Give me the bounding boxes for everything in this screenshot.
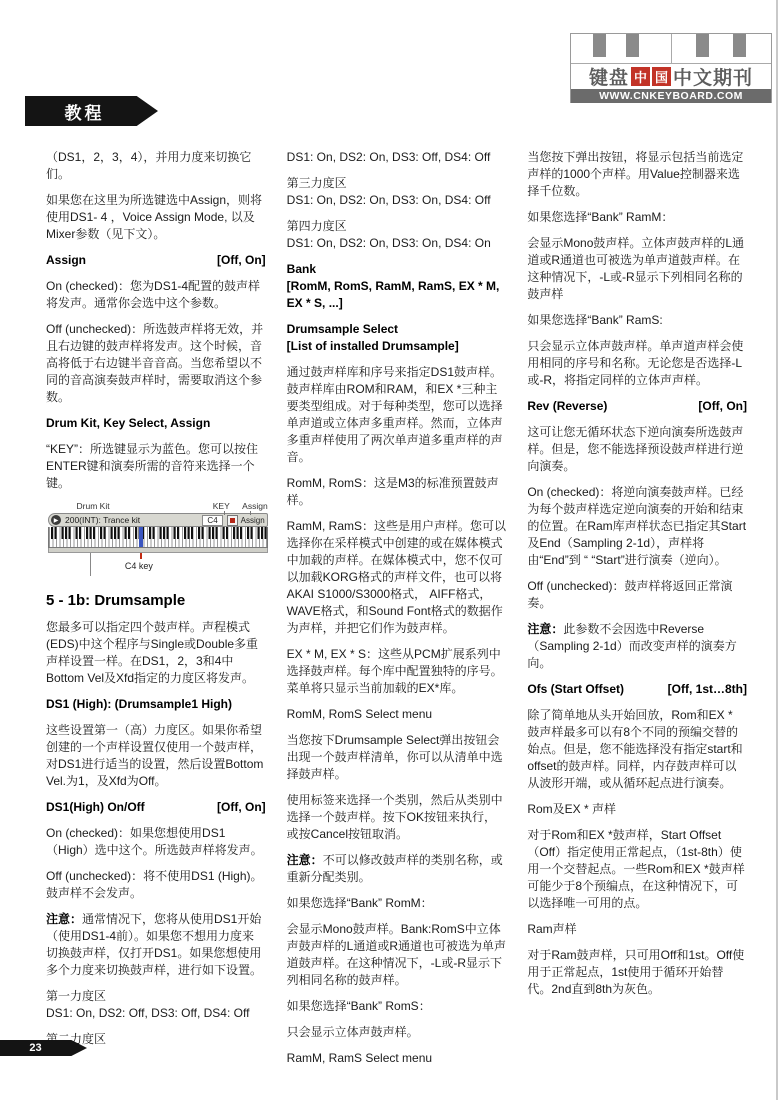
paragraph: 除了简单地从头开始回放，Rom和EX * 鼓声样最多可以有8个不同的预编交替的始…: [527, 707, 747, 792]
page-number: 23: [29, 1042, 41, 1054]
param-name: Rev (Reverse): [527, 398, 607, 415]
subsection-heading: 5 - 1b: Drumsample: [46, 591, 266, 610]
keyboard-graphic: [48, 527, 268, 548]
black-keys-pattern: [49, 527, 267, 539]
popup-button-icon: ▶: [51, 515, 61, 525]
figure-caption: C4 key: [125, 561, 153, 571]
page-number-banner: 23: [0, 1040, 87, 1056]
paragraph: 只会显示立体声鼓声样。单声道声样会使用相同的序号和名称。无论您是否选择-L或-R…: [527, 338, 747, 389]
note-paragraph: 注意：通常情况下，您将从使用DS1开始（使用DS1-4前）。如果您不想用力度来切…: [46, 911, 266, 979]
divider: [671, 34, 672, 63]
paragraph: RamM, RamS：这些是用户声样。您可以选择你在采样模式中创建的或在媒体模式…: [287, 518, 507, 637]
paragraph: EX * M, EX * S：这些从PCM扩展系列中选择鼓声样。每个库中配置独特…: [287, 646, 507, 697]
paragraph: DS1: On, DS2: On, DS3: Off, DS4: Off: [287, 149, 507, 166]
paragraph: On (checked)：您为DS1-4配置的鼓声样将发声。通常你会选中这个参数…: [46, 278, 266, 312]
paragraph: Off (unchecked)：将不使用DS1 (High)。鼓声样不会发声。: [46, 868, 266, 902]
paragraph: 第四力度区 DS1: On, DS2: On, DS3: On, DS4: On: [287, 218, 507, 252]
note-label: 注意：: [287, 853, 323, 867]
paragraph: 如果您选择“Bank” RomS：: [287, 998, 507, 1015]
paragraph: “KEY”：所选键显示为蓝色。您可以按住ENTER键和演奏所需的音符来选择一个键…: [46, 441, 266, 492]
key-value-box: C4: [202, 515, 222, 526]
paragraph: 这可让您无循环状态下逆向演奏所选鼓声样。但是，您不能选择预设鼓声样进行逆向演奏。: [527, 424, 747, 475]
paragraph: Ram声样: [527, 921, 747, 938]
paragraph: 当您按下弹出按钮，将显示包括当前选定声样的1000个声样。用Value控制器来选…: [527, 149, 747, 200]
paragraph: 会显示Mono鼓声样。Bank:RomS中立体声鼓声样的L通道或R通道也可被选为…: [287, 921, 507, 989]
paragraph: 您最多可以指定四个鼓声样。声程模式(EDS)中这个程序与Single或Doubl…: [46, 619, 266, 687]
checkbox-checked-mark: [230, 518, 235, 523]
param-name: Assign: [46, 252, 86, 269]
section-heading: DS1 (High): (Drumsample1 High): [46, 696, 266, 713]
magazine-logo: 键盘 中 国 中文期刊 WWW.CNKEYBOARD.COM: [570, 33, 772, 103]
paragraph: RomM, RomS Select menu: [287, 706, 507, 723]
paragraph: Off (unchecked)：鼓声样将返回正常演奏。: [527, 578, 747, 612]
callout-line: [250, 511, 251, 515]
logo-text-left: 键盘: [589, 63, 629, 90]
param-name: Ofs (Start Offset): [527, 681, 624, 698]
paragraph: Rom及EX * 声样: [527, 801, 747, 818]
param-range: [Off, On]: [698, 398, 747, 415]
logo-url: WWW.CNKEYBOARD.COM: [571, 89, 771, 103]
pointer-line: [90, 553, 91, 576]
piano-black-key-icon: [733, 34, 746, 57]
callout-assign: Assign: [242, 501, 268, 511]
paragraph: 对于Rom和EX *鼓声样，Start Offset（Off）指定使用正常起点，…: [527, 827, 747, 912]
paragraph: RomM, RomS：这是M3的标准预置鼓声样。: [287, 475, 507, 509]
callout-line: [224, 511, 225, 515]
section-heading: Drum Kit, Key Select, Assign: [46, 415, 266, 432]
assign-checkbox: [227, 515, 238, 526]
column-right: 当您按下弹出按钮，将显示包括当前选定声样的1000个声样。用Value控制器来选…: [527, 149, 747, 1076]
param-heading: Rev (Reverse) [Off, On]: [527, 398, 747, 415]
paragraph: 如果您在这里为所选键选中Assign，则将使用DS1- 4 ，Voice Ass…: [46, 192, 266, 243]
note-label: 注意：: [527, 622, 563, 636]
paragraph: 如果您选择“Bank” RomM：: [287, 895, 507, 912]
param-heading: Ofs (Start Offset) [Off, 1st…8th]: [527, 681, 747, 698]
piano-black-key-icon: [593, 34, 606, 57]
paragraph: 如果您选择“Bank” RamS:: [527, 312, 747, 329]
piano-black-key-icon: [626, 34, 639, 57]
paragraph: 只会显示立体声鼓声样。: [287, 1024, 507, 1041]
paragraph: On (checked)：如果您想使用DS1（High）选中这个。所选鼓声样将发…: [46, 825, 266, 859]
paragraph: Off (unchecked)：所选鼓声样将无效，并且右边键的鼓声样将发声。这个…: [46, 321, 266, 406]
param-heading: Drumsample Select [List of installed Dru…: [287, 321, 507, 355]
piano-keys-graphic: [571, 34, 771, 64]
param-name: DS1(High) On/Off: [46, 799, 145, 816]
selected-key-highlight: [139, 527, 143, 547]
paragraph: 当您按下Drumsample Select弹出按钮会出现一个鼓声样清单，你可以从…: [287, 732, 507, 783]
tutorial-banner: 教程: [25, 96, 158, 126]
param-range: [Off, 1st…8th]: [668, 681, 747, 698]
paragraph: 第一力度区 DS1: On, DS2: Off, DS3: Off, DS4: …: [46, 988, 266, 1022]
tutorial-banner-label: 教程: [65, 99, 105, 124]
paragraph: 这些设置第一（高）力度区。如果你希望创建的一个声样设置仅使用一个鼓声样，对DS1…: [46, 722, 266, 790]
paragraph: 如果您选择“Bank” RamM：: [527, 209, 747, 226]
figure-caption-row: C4 key: [48, 553, 268, 579]
drum-kit-select-bar: ▶ 200(INT): Trance kit C4 Assign: [48, 513, 268, 527]
note-paragraph: 注意：不可以修改鼓声样的类别名称，或重新分配类别。: [287, 852, 507, 886]
paragraph: 通过鼓声样库和序号来指定DS1鼓声样。鼓声样库由ROM和RAM，和EX *三种主…: [287, 364, 507, 466]
param-heading: Bank [RomM, RomS, RamM, RamS, EX * M, EX…: [287, 261, 507, 312]
paragraph: 会显示Mono鼓声样。立体声鼓声样的L通道或R通道也可被选为单声道鼓声样。在这种…: [527, 235, 747, 303]
callout-drum-kit: Drum Kit: [77, 501, 110, 511]
callout-key: KEY: [213, 501, 230, 511]
logo-text-right: 中文期刊: [673, 63, 753, 90]
paragraph: RamM, RamS Select menu: [287, 1050, 507, 1067]
assign-checkbox-label: Assign: [241, 516, 265, 525]
c4-marker: [140, 553, 142, 559]
paragraph: 第三力度区 DS1: On, DS2: On, DS3: On, DS4: Of…: [287, 175, 507, 209]
column-middle: DS1: On, DS2: On, DS3: Off, DS4: Off 第三力…: [287, 149, 507, 1076]
paragraph: （DS1，2，3，4），并用力度来切换它们。: [46, 149, 266, 183]
drum-kit-name: 200(INT): Trance kit: [65, 515, 202, 525]
logo-title: 键盘 中 国 中文期刊: [571, 64, 771, 89]
article-body: （DS1，2，3，4），并用力度来切换它们。 如果您在这里为所选键选中Assig…: [46, 149, 747, 1076]
paragraph: 使用标签来选择一个类别，然后从类别中选择一个鼓声样。按下OK按钮来执行，或按Ca…: [287, 792, 507, 843]
paragraph: 对于Ram鼓声样，只可用Off和1st。Off使用于正常起点，1st使用于循环开…: [527, 947, 747, 998]
paragraph: On (checked)：将逆向演奏鼓声样。已经为每个鼓声样选定逆向演奏的开始和…: [527, 484, 747, 569]
param-heading: DS1(High) On/Off [Off, On]: [46, 799, 266, 816]
note-paragraph: 注意：此参数不会因选中Reverse（Sampling 2-1d）而改变声样的演…: [527, 621, 747, 672]
param-range: [Off, On]: [217, 252, 266, 269]
figure-callout-labels: Drum Kit KEY Assign: [48, 501, 268, 513]
logo-seal-char: 国: [652, 67, 671, 86]
param-range: [Off, On]: [217, 799, 266, 816]
drum-kit-figure: Drum Kit KEY Assign ▶ 200(INT): Trance k…: [48, 501, 268, 579]
piano-black-key-icon: [696, 34, 709, 57]
logo-seal-char: 中: [631, 67, 650, 86]
param-heading: Assign [Off, On]: [46, 252, 266, 269]
note-label: 注意：: [46, 912, 82, 926]
column-left: （DS1，2，3，4），并用力度来切换它们。 如果您在这里为所选键选中Assig…: [46, 149, 266, 1076]
